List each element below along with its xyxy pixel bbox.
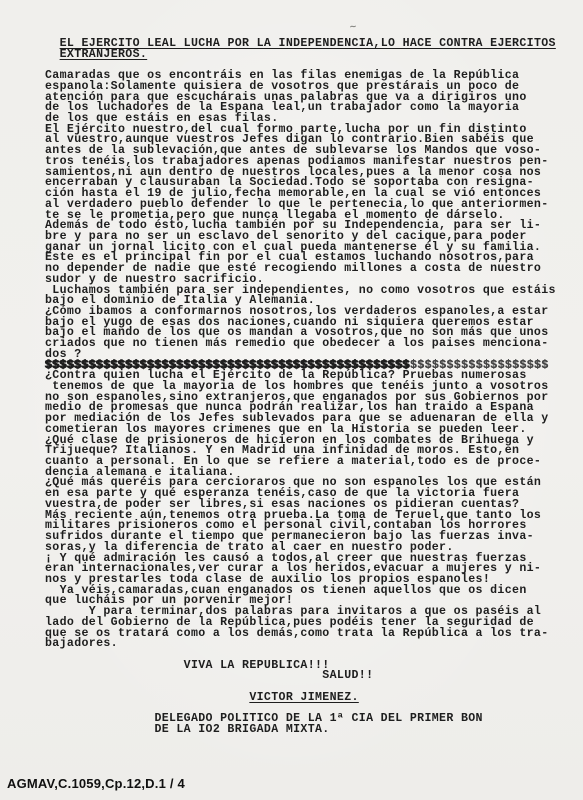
text-line: DE LA IO2 BRIGADA MIXTA. bbox=[45, 725, 565, 736]
text-line: criados que no tienen más remedio que ob… bbox=[45, 339, 565, 350]
text-line: SALUD!! bbox=[45, 671, 565, 682]
text-line: EXTRANJEROS. bbox=[45, 50, 565, 61]
text-line: que se os tratará como a los demás,como … bbox=[45, 629, 565, 640]
text-line: VICTOR JIMENEZ. bbox=[45, 693, 565, 704]
scanned-document-page: ~ EL EJERCITO LEAL LUCHA POR LA INDEPEND… bbox=[0, 0, 583, 800]
text-line: bajadores. bbox=[45, 639, 565, 650]
document-text: EL EJERCITO LEAL LUCHA POR LA INDEPENDEN… bbox=[45, 39, 565, 736]
archive-reference: AGMAV,C.1059,Cp.12,D.1 / 4 bbox=[7, 776, 185, 791]
scan-artifact-mark: ~ bbox=[349, 22, 357, 35]
